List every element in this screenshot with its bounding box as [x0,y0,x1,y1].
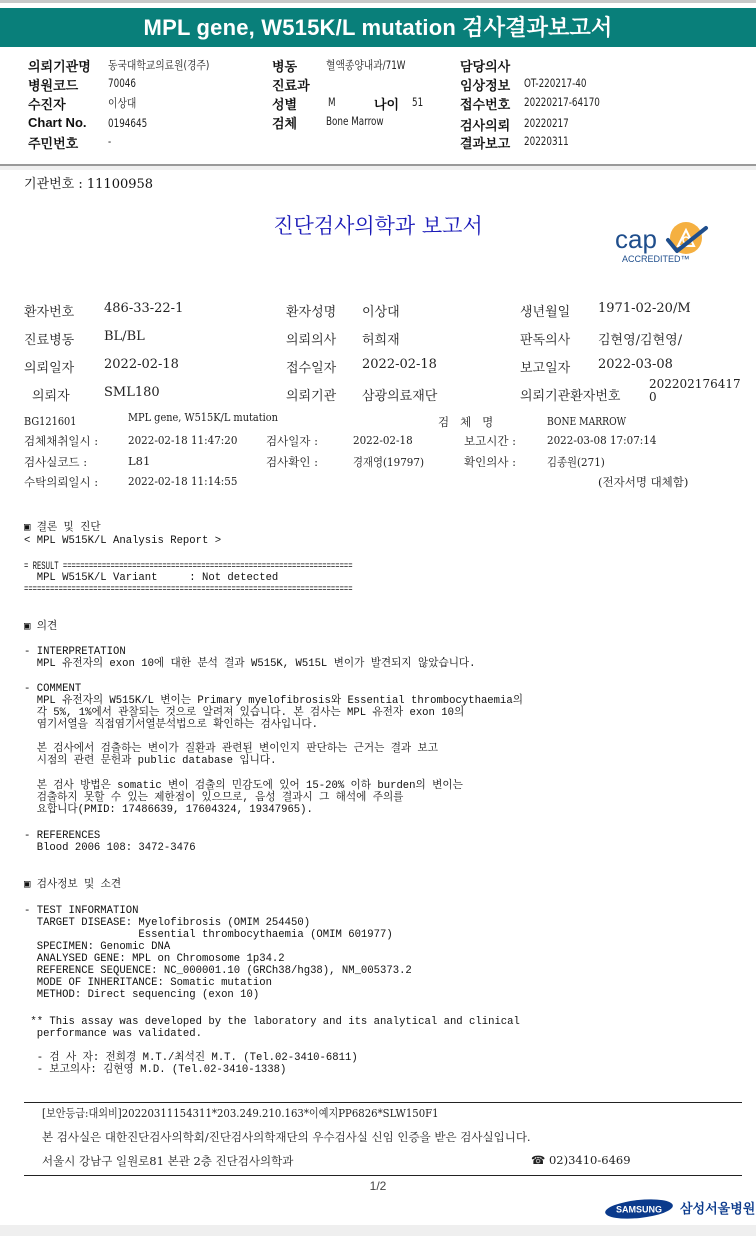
test-info-line-3: Essential thrombocythaemia (OMIM 601977) [24,929,393,942]
cap-accredited-logo: cap ACCREDITED™ [612,218,712,268]
value-institution-patient-no: 202202176417 0 [649,378,741,404]
test-info-line-1: - TEST INFORMATION [24,905,138,918]
label-receipt-date: 접수일자 [286,357,336,376]
opinion-heading: ▣ 의견 [24,621,57,634]
top-border [0,0,756,3]
comment-line-5: 본 검사에서 검출하는 변이가 질환과 관련된 변이인지 판단하는 근거는 결과… [24,743,438,756]
label-hospital-code: 병원코드 [28,75,78,94]
lab-address: 서울시 강남구 일원로81 본관 2층 진단검사의학과 [42,1153,293,1169]
label-receipt-no: 접수번호 [460,94,510,113]
value-test-confirm: 경재영(19797) [353,454,424,470]
comment-line-2: 각 5%, 1%에서 관찰되는 것으로 알려져 있습니다. 본 검사는 MPL … [24,707,464,720]
label-result-report: 결과보고 [460,133,510,152]
value-patient-no: 486-33-22-1 [104,301,183,316]
value-requesting-institution: 동국대학교의료원(경주) [108,57,209,73]
footer-bottom-rule [24,1175,742,1176]
security-stamp: [보안등급:대외비]20220311154311*203.249.210.163… [42,1105,439,1121]
value-examinee: 이상대 [108,95,136,111]
samsung-logo-icon: SAMSUNG [604,1197,674,1221]
value-patient-name: 이상대 [362,301,400,320]
label-test-request: 검사의뢰 [460,115,510,134]
value-receipt-date: 2022-02-18 [362,357,437,372]
test-info-line-6: REFERENCE SEQUENCE: NC_000001.10 (GRCh38… [24,965,412,978]
value-reading-doctor: 김현영/김현영/ [598,329,682,348]
label-requesting-institution-2: 의뢰기관 [286,385,336,404]
lab-phone: ☎ 02)3410-6469 [531,1153,631,1167]
value-ward-code: BL/BL [104,329,145,344]
value-resident-no: - [108,134,111,148]
value-age: 51 [412,95,423,109]
test-info-line-4: SPECIMEN: Genomic DNA [24,941,170,954]
label-collection-time: 검체채취일시 : [24,433,98,449]
staff-tester: - 검 사 자: 전희경 M.T./최석진 M.T. (Tel.02-3410-… [24,1052,358,1065]
assay-note-line-2: performance was validated. [24,1028,202,1041]
assay-note-line-1: ** This assay was developed by the labor… [24,1016,520,1029]
test-info-line-8: METHOD: Direct sequencing (exon 10) [24,989,259,1002]
value-collection-time: 2022-02-18 11:47:20 [128,433,237,447]
label-ward-code: 진료병동 [24,329,74,348]
value-test-request: 20220217 [524,116,569,130]
comment-line-8: 본 검사 방법은 somatic 변이 검출의 민감도에 있어 15-20% 이… [24,780,463,793]
value-sex: M [328,95,336,109]
comment-line-9: 검출하지 못할 수 있는 제한점이 있으므로, 음성 결과시 그 해석에 주의를 [24,792,403,805]
value-request-date: 2022-02-18 [104,357,179,372]
footer-top-rule [24,1102,742,1103]
comment-line-10: 요합니다(PMID: 17486639, 17604324, 19347965)… [24,804,313,817]
test-code: BG121601 [24,414,77,428]
label-age: 나이 [374,94,399,113]
value-hospital-code: 70046 [108,76,136,90]
value-test-date: 2022-02-18 [353,433,413,447]
svg-text:SAMSUNG: SAMSUNG [616,1205,662,1215]
test-info-line-2: TARGET DISEASE: Myelofibrosis (OMIM 2544… [24,917,310,930]
test-name: MPL gene, W515K/L mutation [128,410,278,424]
test-info-heading: ▣ 검사정보 및 소견 [24,879,121,892]
test-info-line-5: ANALYSED GENE: MPL on Chromosome 1p34.2 [24,953,285,966]
value-consign-time: 2022-02-18 11:14:55 [128,474,237,488]
label-examinee: 수진자 [28,94,66,113]
report-banner-title: MPL gene, W515K/L mutation 검사결과보고서 [0,8,756,47]
value-receipt-no: 20220217-64170 [524,95,600,109]
value-requesting-institution-2: 삼광의료재단 [362,385,437,404]
value-ward: 혈액종양내과/71W [326,57,406,73]
value-requester: SML180 [104,385,160,400]
conclusion-heading: ▣ 결론 및 진단 [24,522,101,535]
label-resident-no: 주민번호 [28,133,78,152]
interpretation-title: - INTERPRETATION [24,646,126,659]
value-lab-code: L81 [128,454,150,468]
svg-text:ACCREDITED™: ACCREDITED™ [622,254,690,264]
staff-reporting-doctor: - 보고의사: 김현영 M.D. (Tel.02-3410-1338) [24,1064,286,1077]
result-footer: ========================================… [24,584,353,597]
test-info-line-7: MODE OF INHERITANCE: Somatic mutation [24,977,272,990]
label-attending-doctor: 담당의사 [460,56,510,75]
label-requester: 의뢰자 [32,385,70,404]
label-sex: 성별 [272,94,297,113]
label-clinical-info: 임상정보 [460,75,510,94]
value-chart-no: 0194645 [108,116,147,130]
label-lab-code: 검사실코드 : [24,454,87,470]
references-title: - REFERENCES [24,830,100,843]
label-institution-patient-no: 의뢰기관환자번호 [520,385,620,404]
label-test-confirm: 검사확인 : [266,454,318,470]
value-requesting-doctor: 허희재 [362,329,400,348]
esign-note: (전자서명 대체함) [598,474,688,490]
divider-shadow [0,166,756,170]
value-specimen-name: BONE MARROW [547,414,626,428]
label-requesting-institution: 의뢰기관명 [28,56,91,75]
value-report-time: 2022-03-08 17:07:14 [547,433,656,447]
label-requesting-doctor: 의뢰의사 [286,329,336,348]
label-consign-time: 수탁의뢰일시 : [24,474,98,490]
label-report-time: 보고시간 : [464,433,516,449]
result-line: MPL W515K/L Variant : Not detected [24,572,278,585]
comment-line-6: 시점의 관련 문헌과 public database 입니다. [24,755,276,768]
interpretation-text: MPL 유전자의 exon 10에 대한 분석 결과 W515K, W515L … [24,658,476,671]
label-birthdate: 생년월일 [520,301,570,320]
cap-logo-icon: cap ACCREDITED™ [612,218,712,268]
svg-text:cap: cap [615,224,657,254]
label-department: 진료과 [272,75,310,94]
value-clinical-info: OT-220217-40 [524,76,587,90]
label-reading-doctor: 판독의사 [520,329,570,348]
value-result-report: 20220311 [524,134,569,148]
comment-line-3: 염기서열을 직접염기서열분석법으로 확인하는 검사입니다. [24,719,318,732]
institution-number: 기관번호 : 11100958 [24,173,153,192]
page-number: 1/2 [0,1179,756,1193]
label-report-date: 보고일자 [520,357,570,376]
header-info: 의뢰기관명 동국대학교의료원(경주) 병원코드 70046 수진자 이상대 Ch… [0,52,756,152]
comment-title: - COMMENT [24,683,81,696]
label-chart-no: Chart No. [28,115,87,130]
samsung-logo: SAMSUNG [604,1197,674,1221]
label-specimen-name: 검 체 명 [438,414,493,430]
hospital-name: 삼성서울병원 [680,1198,755,1217]
value-birthdate: 1971-02-20/M [598,301,691,316]
certification-note: 본 검사실은 대한진단검사의학회/진단검사의학재단의 우수검사실 신임 인증을 … [42,1129,531,1145]
conclusion-subtitle: < MPL W515K/L Analysis Report > [24,535,221,548]
value-confirming-doctor: 김종원(271) [547,454,605,470]
label-test-date: 검사일자 : [266,433,318,449]
label-specimen: 검체 [272,113,297,132]
label-ward: 병동 [272,56,297,75]
value-report-date: 2022-03-08 [598,357,673,372]
references-text: Blood 2006 108: 3472-3476 [24,842,196,855]
page-bottom-bar [0,1225,756,1236]
label-patient-no: 환자번호 [24,301,74,320]
label-request-date: 의뢰일자 [24,357,74,376]
comment-line-1: MPL 유전자의 W515K/L 변이는 Primary myelofibros… [24,695,523,708]
label-patient-name: 환자성명 [286,301,336,320]
label-confirming-doctor: 확인의사 : [464,454,516,470]
value-specimen: Bone Marrow [326,114,384,128]
